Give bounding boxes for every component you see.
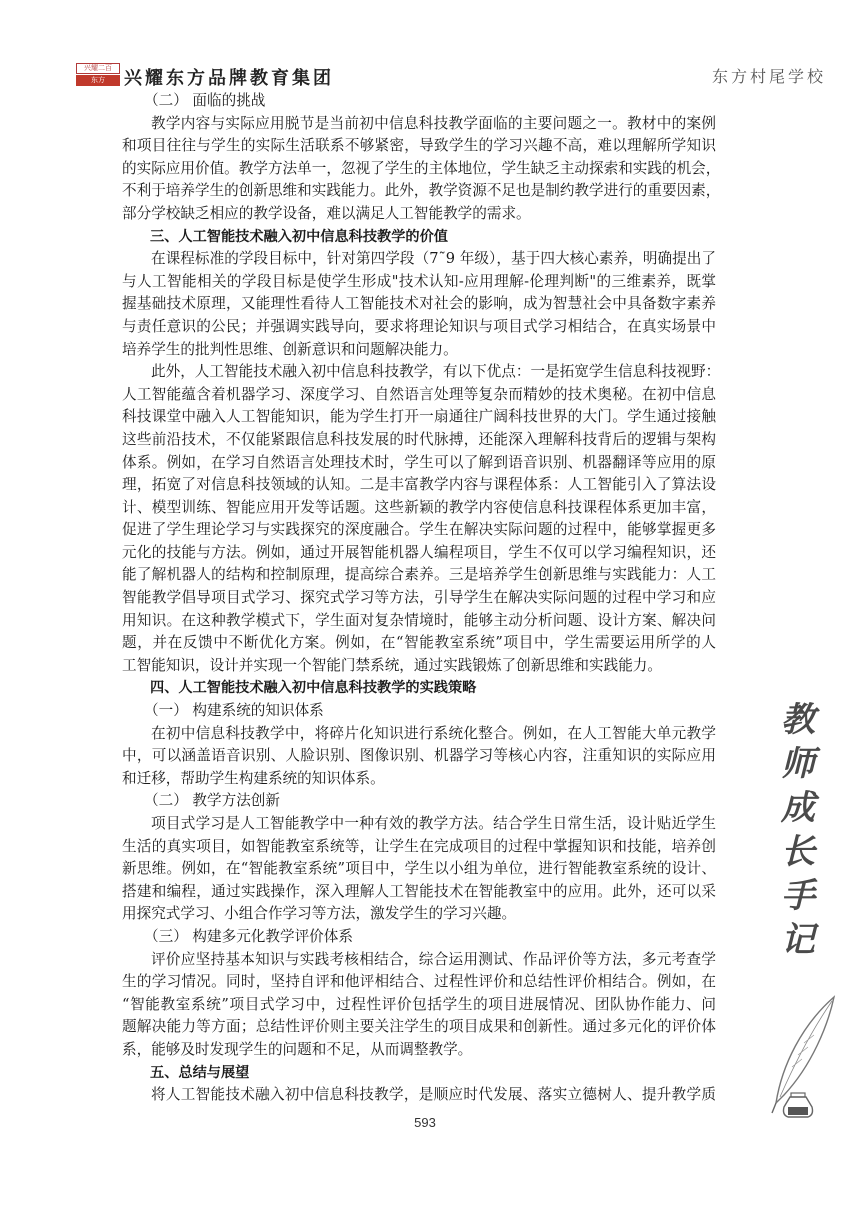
body-line: 搭建和编程，通过实践操作，深入理解人工智能技术在智能教室中的应用。此外，还可以采: [122, 881, 716, 904]
body-line: 的实际应用价值。教学方法单一，忽视了学生的主体地位，学生缺乏主动探索和实践的机会…: [122, 158, 716, 181]
section-heading: 三、人工智能技术融入初中信息科技教学的价值: [122, 226, 716, 249]
calligraphy-char: 手: [772, 874, 824, 918]
paragraph-last-line: 和迁移，帮助学生构建系统的知识体系。: [122, 768, 716, 791]
body-line: 题，并在反馈中不断优化方案。例如，在“智能教室系统”项目中，学生需要运用所学的人: [122, 632, 716, 655]
body-line: 科技课堂中融入人工智能知识，能为学生打开一扇通往广阔科技世界的大门。学生通过接触: [122, 406, 716, 429]
paragraph-first-line: 项目式学习是人工智能教学中一种有效的教学方法。结合学生日常生活，设计贴近学生: [122, 813, 716, 836]
body-line: 元化的技能与方法。例如，通过开展智能机器人编程项目，学生不仅可以学习编程知识，还: [122, 542, 716, 565]
school-name: 东方村尾学校: [712, 64, 826, 87]
body-line: 不利于培养学生的创新思维和实践能力。此外，教学资源不足也是制约教学进行的重要因素…: [122, 180, 716, 203]
section-heading: 五、总结与展望: [122, 1062, 716, 1085]
paragraph-last-line: 部分学校缺乏相应的教学设备，难以满足人工智能教学的需求。: [122, 203, 716, 226]
body-line: 新思维。例如，在“智能教室系统”项目中，学生以小组为单位，进行智能教室系统的设计…: [122, 858, 716, 881]
body-line: 促进了学生理论学习与实践探究的深度融合。学生在解决实际问题的过程中，能够掌握更多: [122, 519, 716, 542]
body-line: 题解决能力等方面；总结性评价则主要关注学生的项目成果和创新性。通过多元化的评价体: [122, 1016, 716, 1039]
calligraphy-char: 长: [772, 830, 824, 874]
calligraphy-char: 教: [772, 698, 824, 742]
body-line: 这些前沿技术，不仅能紧跟信息科技发展的时代脉搏，还能深入理解科技背后的逻辑与架构: [122, 429, 716, 452]
body-line: 和项目往往与学生的实际生活联系不够紧密，导致学生的学习兴趣不高，难以理解所学知识: [122, 135, 716, 158]
paragraph-last-line: 系，能够及时发现学生的问题和不足，从而调整教学。: [122, 1039, 716, 1062]
brand-logo: 兴耀二百 东方: [76, 63, 120, 87]
paragraph-first-line: 评价应坚持基本知识与实践考核相结合，综合运用测试、作品评价等方法，多元考查学: [122, 949, 716, 972]
body-line: 体系。例如，在学习自然语言处理技术时，学生可以了解到语音识别、机器翻译等应用的原: [122, 452, 716, 475]
body-line: 生活的真实项目，如智能教室系统等，让学生在完成项目的过程中掌握知识和技能，培养创: [122, 836, 716, 859]
body-line: 握基础技术原理，又能理性看待人工智能技术对社会的影响，成为智慧社会中具备数字素养: [122, 293, 716, 316]
paragraph-last-line: 培养学生的批判性思维、创新意识和问题解决能力。: [122, 339, 716, 362]
body-line: 理，拓宽了对信息科技领域的认知。二是丰富教学内容与课程体系：人工智能引入了算法设: [122, 474, 716, 497]
subsection-heading: （二） 面临的挑战: [122, 90, 716, 113]
body-line: 人工智能蕴含着机器学习、深度学习、自然语言处理等复杂而精妙的技术奥秘。在初中信息: [122, 384, 716, 407]
calligraphy-char: 成: [772, 786, 824, 830]
body-line: 能了解机器人的结构和控制原理，提高综合素养。三是培养学生创新思维与实践能力：人工: [122, 564, 716, 587]
page-number: 593: [0, 1115, 850, 1130]
logo-top: 兴耀二百: [76, 63, 120, 74]
calligraphy-char: 师: [772, 742, 824, 786]
brand-name: 兴耀东方品牌教育集团: [124, 64, 334, 90]
body-line: 与人工智能相关的学段目标是使学生形成"技术认知-应用理解-伦理判断"的三维素养，…: [122, 271, 716, 294]
body-line: 计、模型训练、智能应用开发等话题。这些新颖的教学内容使信息科技课程体系更加丰富，: [122, 497, 716, 520]
section-heading: 四、人工智能技术融入初中信息科技教学的实践策略: [122, 677, 716, 700]
paragraph-last-line: 工智能知识，设计并实现一个智能门禁系统，通过实践锻炼了创新思维和实践能力。: [122, 655, 716, 678]
paragraph-first-line: 教学内容与实际应用脱节是当前初中信息科技教学面临的主要问题之一。教材中的案例: [122, 113, 716, 136]
logo-bottom: 东方: [76, 75, 120, 86]
page-header: 兴耀二百 东方 兴耀东方品牌教育集团 东方村尾学校: [0, 0, 850, 95]
paragraph-last-line: 用探究式学习、小组合作学习等方法，激发学生的学习兴趣。: [122, 903, 716, 926]
subsection-heading: （三） 构建多元化教学评价体系: [122, 926, 716, 949]
paragraph-first-line: 此外，人工智能技术融入初中信息科技教学，有以下优点：一是拓宽学生信息科技视野：: [122, 361, 716, 384]
body-line: 用知识。在这种教学模式下，学生面对复杂情境时，能够主动分析问题、设计方案、解决问: [122, 610, 716, 633]
calligraphy-char: 记: [772, 918, 824, 962]
subsection-heading: （二） 教学方法创新: [122, 790, 716, 813]
article-body: （二） 面临的挑战教学内容与实际应用脱节是当前初中信息科技教学面临的主要问题之一…: [122, 90, 716, 1107]
body-line: 智能教学倡导项目式学习、探究式学习等方法，引导学生在解决实际问题的过程中学习和应: [122, 587, 716, 610]
paragraph-first-line: 在初中信息科技教学中，将碎片化知识进行系统化整合。例如，在人工智能大单元教学: [122, 723, 716, 746]
side-calligraphy-title: 教师成长手记: [772, 698, 824, 962]
subsection-heading: （一） 构建系统的知识体系: [122, 700, 716, 723]
body-line: “智能教室系统”项目式学习中，过程性评价包括学生的项目进展情况、团队协作能力、问: [122, 994, 716, 1017]
quill-inkpot-icon: [762, 985, 842, 1125]
paragraph-first-line: 将人工智能技术融入初中信息科技教学，是顺应时代发展、落实立德树人、提升教学质: [122, 1084, 716, 1107]
body-line: 中，可以涵盖语音识别、人脸识别、图像识别、机器学习等核心内容，注重知识的实际应用: [122, 745, 716, 768]
body-line: 与责任意识的公民；并强调实践导向，要求将理论知识与项目式学习相结合，在真实场景中: [122, 316, 716, 339]
paragraph-first-line: 在课程标准的学段目标中，针对第四学段（7˜9 年级），基于四大核心素养，明确提出…: [122, 248, 716, 271]
body-line: 生的学习情况。同时，坚持自评和他评相结合、过程性评价和总结性评价相结合。例如，在: [122, 971, 716, 994]
